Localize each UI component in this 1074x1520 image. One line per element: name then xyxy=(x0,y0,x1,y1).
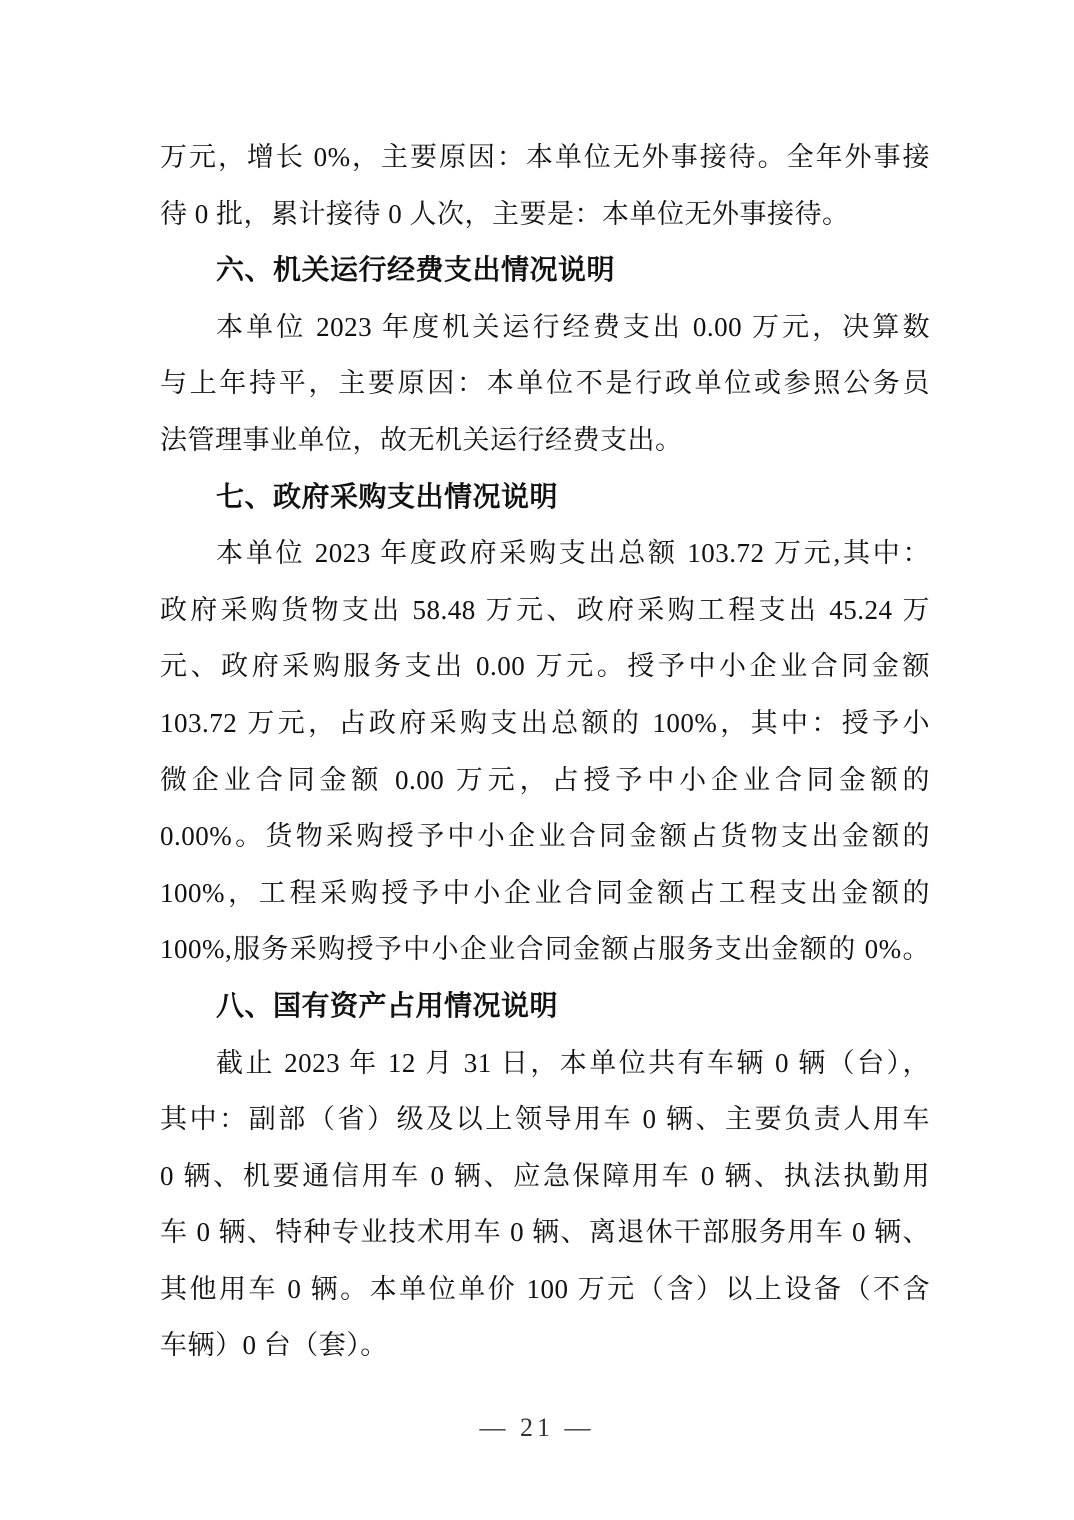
section-heading-viii: 八、国有资产占用情况说明 xyxy=(160,978,930,1035)
body-text-line: 0 辆、机要通信用车 0 辆、应急保障用车 0 辆、执法执勤用 xyxy=(160,1148,930,1205)
body-text-line: 其他用车 0 辆。本单位单价 100 万元（含）以上设备（不含 xyxy=(160,1261,930,1318)
body-text-line: 政府采购货物支出 58.48 万元、政府采购工程支出 45.24 万 xyxy=(160,582,930,639)
body-text-line: 本单位 2023 年度机关运行经费支出 0.00 万元，决算数 xyxy=(160,299,930,356)
section-heading-vii: 七、政府采购支出情况说明 xyxy=(160,469,930,526)
body-text-line: 103.72 万元，占政府采购支出总额的 100%，其中：授予小 xyxy=(160,695,930,752)
document-page: 万元，增长 0%，主要原因：本单位无外事接待。全年外事接 待 0 批，累计接待 … xyxy=(0,0,1074,1520)
body-text-line: 车辆）0 台（套）。 xyxy=(160,1317,930,1374)
body-text-line: 待 0 批，累计接待 0 人次，主要是：本单位无外事接待。 xyxy=(160,186,930,243)
body-text-line: 元、政府采购服务支出 0.00 万元。授予中小企业合同金额 xyxy=(160,638,930,695)
body-text-line: 与上年持平，主要原因：本单位不是行政单位或参照公务员 xyxy=(160,355,930,412)
body-text-line: 100%,服务采购授予中小企业合同金额占服务支出金额的 0%。 xyxy=(160,921,930,978)
body-text-line: 车 0 辆、特种专业技术用车 0 辆、离退休干部服务用车 0 辆、 xyxy=(160,1204,930,1261)
body-text-line: 截止 2023 年 12 月 31 日，本单位共有车辆 0 辆（台）， xyxy=(160,1035,930,1092)
body-text-line: 0.00%。货物采购授予中小企业合同金额占货物支出金额的 xyxy=(160,808,930,865)
body-text-line: 100%，工程采购授予中小企业合同金额占工程支出金额的 xyxy=(160,865,930,922)
page-number: — 21 — xyxy=(0,1400,1074,1456)
body-text-line: 微企业合同金额 0.00 万元，占授予中小企业合同金额的 xyxy=(160,752,930,809)
body-text-line: 法管理事业单位，故无机关运行经费支出。 xyxy=(160,412,930,469)
section-heading-vi: 六、机关运行经费支出情况说明 xyxy=(160,242,930,299)
body-text-line: 其中：副部（省）级及以上领导用车 0 辆、主要负责人用车 xyxy=(160,1091,930,1148)
body-text-line: 万元，增长 0%，主要原因：本单位无外事接待。全年外事接 xyxy=(160,129,930,186)
document-body: 万元，增长 0%，主要原因：本单位无外事接待。全年外事接 待 0 批，累计接待 … xyxy=(160,129,930,1374)
body-text-line: 本单位 2023 年度政府采购支出总额 103.72 万元,其中： xyxy=(160,525,930,582)
